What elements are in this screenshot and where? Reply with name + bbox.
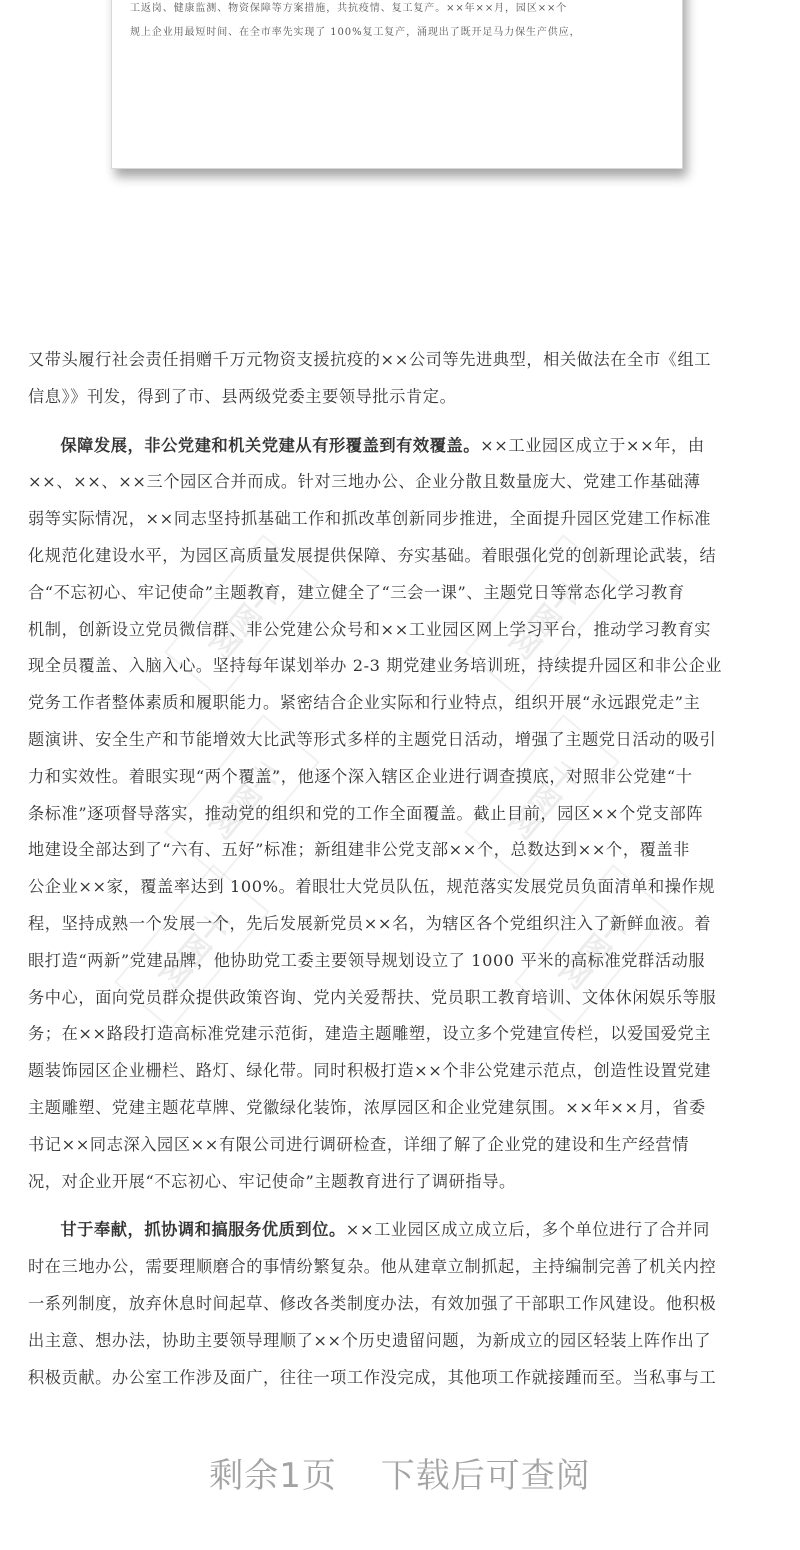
text-line: 化规范化建设水平，为园区高质量发展提供保障、夯实基础。着眼强化党的创新理论武装，… [28,538,774,575]
text-line: 一系列制度，放弃休息时间起草、修改各类制度办法，有效加强了干部职工作风建设。他积… [28,1286,774,1323]
text-line: 务；在××路段打造高标准党建示范街，建造主题雕塑，设立多个党建宣传栏，以爱国爱党… [28,1016,774,1053]
preview-card-text: 工返岗、健康监测、物资保障等方案措施，共抗疫情、复工复产。××年××月，园区××… [130,0,658,45]
text-line: ××、××、××三个园区合并而成。针对三地办公、企业分散且数量庞大、党建工作基础… [28,464,774,501]
text-line: 党务工作者整体素质和履职能力。紧密结合企业实际和行业特点，组织开展“永远跟党走”… [28,685,774,722]
text-line: 力和实效性。着眼实现“两个覆盖”，他逐个深入辖区企业进行调查摸底，对照非公党建“… [28,759,774,796]
text-line: 现全员覆盖、入脑入心。坚持每年谋划举办 2-3 期党建业务培训班，持续提升园区和… [28,648,774,685]
text-line: 务中心，面向党员群众提供政策咨询、党内关爱帮扶、党员职工教育培训、文体休闲娱乐等… [28,980,774,1017]
text-line: 又带头履行社会责任捐赠千万元物资支援抗疫的××公司等先进典型，相关做法在全市《组… [28,342,774,379]
preview-line: 规上企业用最短时间、在全市率先实现了 100%复工复产，涌现出了既开足马力保生产… [130,21,658,45]
text-line: 合“不忘初心、牢记使命”主题教育，建立健全了“三会一课”、主题党日等常态化学习教… [28,575,774,612]
paragraph-continuation: 又带头履行社会责任捐赠千万元物资支援抗疫的××公司等先进典型，相关做法在全市《组… [28,342,774,416]
download-to-view-label[interactable]: 下载后可查阅 [381,1456,591,1496]
text-line: 时在三地办公，需要理顺磨合的事情纷繁复杂。他从建章立制抓起，主持编制完善了机关内… [28,1249,774,1286]
paragraph-lead: 甘于奉献，抓协调和搞服务优质到位。 [60,1220,345,1239]
paragraph-lead: 保障发展，非公党建和机关党建从有形覆盖到有效覆盖。 [60,436,480,455]
text-line: 信息》》刊发，得到了市、县两级党委主要领导批示肯定。 [28,379,774,416]
document-body: 又带头履行社会责任捐赠千万元物资支援抗疫的××公司等先进典型，相关做法在全市《组… [28,342,774,1396]
text-line: 题演讲、安全生产和节能增效大比武等形式多样的主题党日活动，增强了主题党日活动的吸… [28,722,774,759]
text-line: 积极贡献。办公室工作涉及面广，往往一项工作没完成，其他项工作就接踵而至。当私事与… [28,1360,774,1397]
text-line: 程，坚持成熟一个发展一个，先后发展新党员××名，为辖区各个党组织注入了新鲜血液。… [28,906,774,943]
text-line: 弱等实际情况，××同志坚持抓基础工作和抓改革创新同步推进，全面提升园区党建工作标… [28,501,774,538]
text-line: 公企业××家，覆盖率达到 100%。着眼壮大党员队伍，规范落实发展党员负面清单和… [28,869,774,906]
text-line: 题装饰园区企业栅栏、路灯、绿化带。同时积极打造××个非公党建示范点，创造性设置党… [28,1053,774,1090]
document-preview-card: 工返岗、健康监测、物资保障等方案措施，共抗疫情、复工复产。××年××月，园区××… [111,0,683,169]
text-line: 眼打造“两新”党建品牌，他协助党工委主要领导规划设立了 1000 平米的高标准党… [28,943,774,980]
text-line: 主题雕塑、党建主题花草牌、党徽绿化装饰，浓厚园区和企业党建氛围。××年××月，省… [28,1090,774,1127]
paragraph-dedication: 甘于奉献，抓协调和搞服务优质到位。××工业园区成立成立后，多个单位进行了合并同 … [28,1212,774,1396]
text-line: 地建设全部达到了“六有、五好”标准；新组建非公党支部××个，总数达到××个，覆盖… [28,832,774,869]
text-line: 甘于奉献，抓协调和搞服务优质到位。××工业园区成立成立后，多个单位进行了合并同 [28,1212,774,1249]
paragraph-party-building: 保障发展，非公党建和机关党建从有形覆盖到有效覆盖。××工业园区成立于××年，由 … [28,428,774,1201]
download-to-view-banner[interactable]: 剩余1页 下载后可查阅 [0,1448,800,1497]
remaining-pages-label[interactable]: 剩余1页 [209,1456,337,1496]
text-line: 书记××同志深入园区××有限公司进行调研检查，详细了解了企业党的建设和生产经营情 [28,1127,774,1164]
text-line: 出主意、想办法，协助主要领导理顺了××个历史遗留问题，为新成立的园区轻装上阵作出… [28,1323,774,1360]
text-line: 条标准”逐项督导落实，推动党的组织和党的工作全面覆盖。截止目前，园区××个党支部… [28,796,774,833]
text-line: 况，对企业开展“不忘初心、牢记使命”主题教育进行了调研指导。 [28,1164,774,1201]
preview-line: 工返岗、健康监测、物资保障等方案措施，共抗疫情、复工复产。××年××月，园区××… [130,0,658,21]
text-line: 机制，创新设立党员微信群、非公党建公众号和××工业园区网上学习平台，推动学习教育… [28,612,774,649]
text-line: 保障发展，非公党建和机关党建从有形覆盖到有效覆盖。××工业园区成立于××年，由 [28,428,774,465]
